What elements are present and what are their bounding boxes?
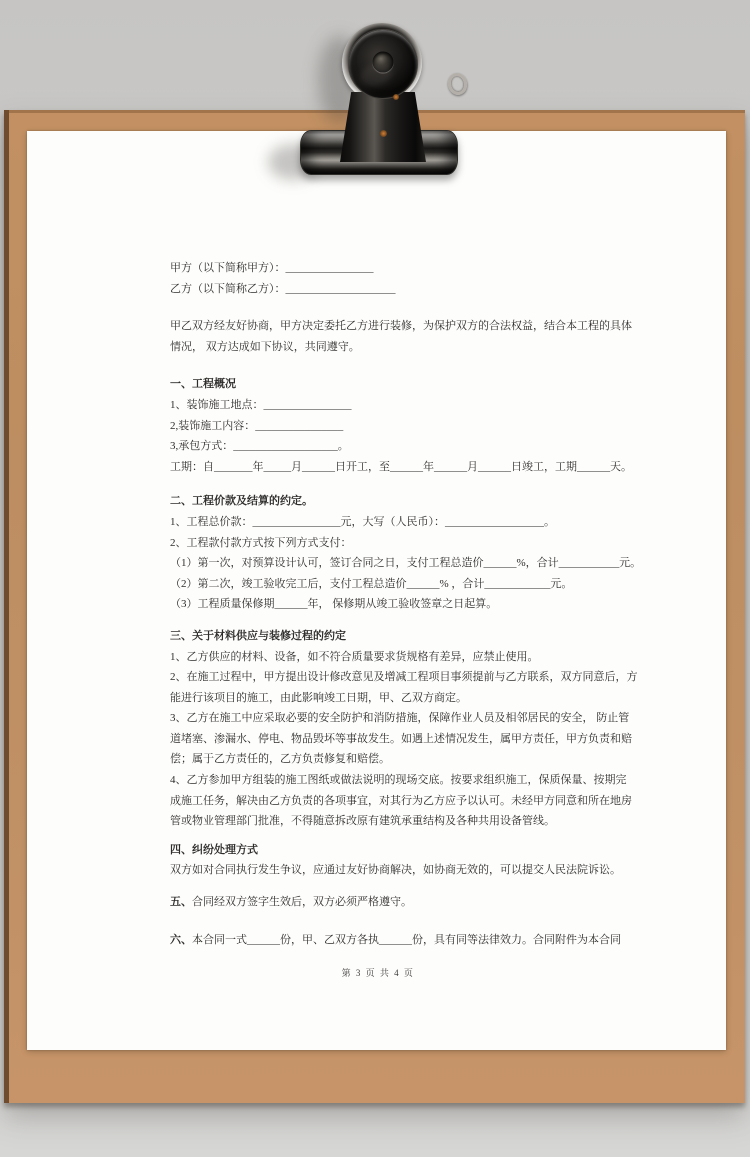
contract-line: （1）第一次，对预算设计认可，签订合同之日，支付工程总造价______%，合计_…: [170, 553, 602, 574]
section-heading-2: 二、工程价款及结算的约定。: [170, 491, 602, 512]
contract-line: 2、在施工过程中，甲方提出设计修改意见及增减工程项目事须提前与乙方联系，双方同意…: [170, 667, 602, 688]
contract-text: 甲方（以下简称甲方）：________________ 乙方（以下简称乙方）：_…: [170, 258, 602, 979]
clip-knob-hole: [373, 51, 394, 72]
section-text: 合同经双方签字生效后，双方必须严格遵守。: [192, 896, 412, 908]
contract-line-party-b: 乙方（以下简称乙方）：____________________: [170, 279, 602, 300]
contract-line: 成施工任务，解决由乙方负责的各项事宜，对其行为乙方应予以认可。未经甲方同意和所在…: [170, 791, 602, 812]
contract-line: 管或物业管理部门批准，不得随意拆改原有建筑承重结构及各种共用设备管线。: [170, 811, 602, 832]
contract-line: 2,装饰施工内容：________________: [170, 416, 602, 437]
scene: 甲方（以下简称甲方）：________________ 乙方（以下简称乙方）：_…: [0, 0, 750, 1157]
contract-line: 1、装饰施工地点：________________: [170, 395, 602, 416]
contract-line: 4、乙方参加甲方组装的施工图纸或做法说明的现场交底。按要求组织施工，保质保量、按…: [170, 770, 602, 791]
contract-paper: 甲方（以下简称甲方）：________________ 乙方（以下简称乙方）：_…: [27, 131, 726, 1050]
binder-clip: [283, 22, 465, 176]
contract-line: 3、乙方在施工中应采取必要的安全防护和消防措施，保障作业人员及相邻居民的安全， …: [170, 708, 602, 729]
page-number: 第 3 页 共 4 页: [170, 963, 586, 979]
contract-line: 道堵塞、渗漏水、停电、物品毁坏等事故发生。如遇上述情况发生，属甲方责任，甲方负责…: [170, 729, 602, 750]
section-heading-1: 一、工程概况: [170, 374, 602, 395]
section-number: 五、: [170, 896, 192, 908]
contract-line: 能进行该项目的施工，由此影响竣工日期，甲、乙双方商定。: [170, 688, 602, 709]
clip-glint-lower: [380, 130, 387, 137]
contract-line: 2、工程款付款方式按下列方式支付：: [170, 533, 602, 554]
section-heading-4: 四、纠纷处理方式: [170, 840, 602, 861]
section-line-5: 五、合同经双方签字生效后，双方必须严格遵守。: [170, 892, 602, 913]
contract-line: 3,承包方式：___________________。: [170, 436, 602, 457]
contract-line: 甲乙双方经友好协商，甲方决定委托乙方进行装修，为保护双方的合法权益，结合本工程的…: [170, 316, 602, 337]
section-text: 本合同一式______份，甲、乙双方各执______份，具有同等法律效力。合同附…: [192, 934, 621, 946]
clip-neck: [340, 92, 426, 162]
section-line-6: 六、本合同一式______份，甲、乙双方各执______份，具有同等法律效力。合…: [170, 930, 602, 951]
contract-line: 偿；属于乙方责任的，乙方负责修复和赔偿。: [170, 749, 602, 770]
contract-line: 双方如对合同执行发生争议，应通过友好协商解决，如协商无效的，可以提交人民法院诉讼…: [170, 860, 602, 881]
contract-line: （3）工程质量保修期______年， 保修期从竣工验收签章之日起算。: [170, 594, 602, 615]
clip-wire-loop: [446, 71, 469, 96]
section-heading-3: 三、关于材料供应与装修过程的约定: [170, 626, 602, 647]
contract-line: 1、乙方供应的材料、设备，如不符合质量要求货规格有差异，应禁止使用。: [170, 647, 602, 668]
clip-knob: [348, 29, 418, 99]
contract-line: 情况， 双方达成如下协议，共同遵守。: [170, 337, 602, 358]
clip-glint-upper: [393, 94, 399, 100]
contract-line-party-a: 甲方（以下简称甲方）：________________: [170, 258, 602, 279]
contract-line: 1、工程总价款：________________元，大写（人民币）：______…: [170, 512, 602, 533]
section-number: 六、: [170, 934, 192, 946]
contract-line: 工期：自_______年_____月______日开工，至______年____…: [170, 457, 602, 478]
contract-line: （2）第二次，竣工验收完工后，支付工程总造价______% ，合计_______…: [170, 574, 602, 595]
